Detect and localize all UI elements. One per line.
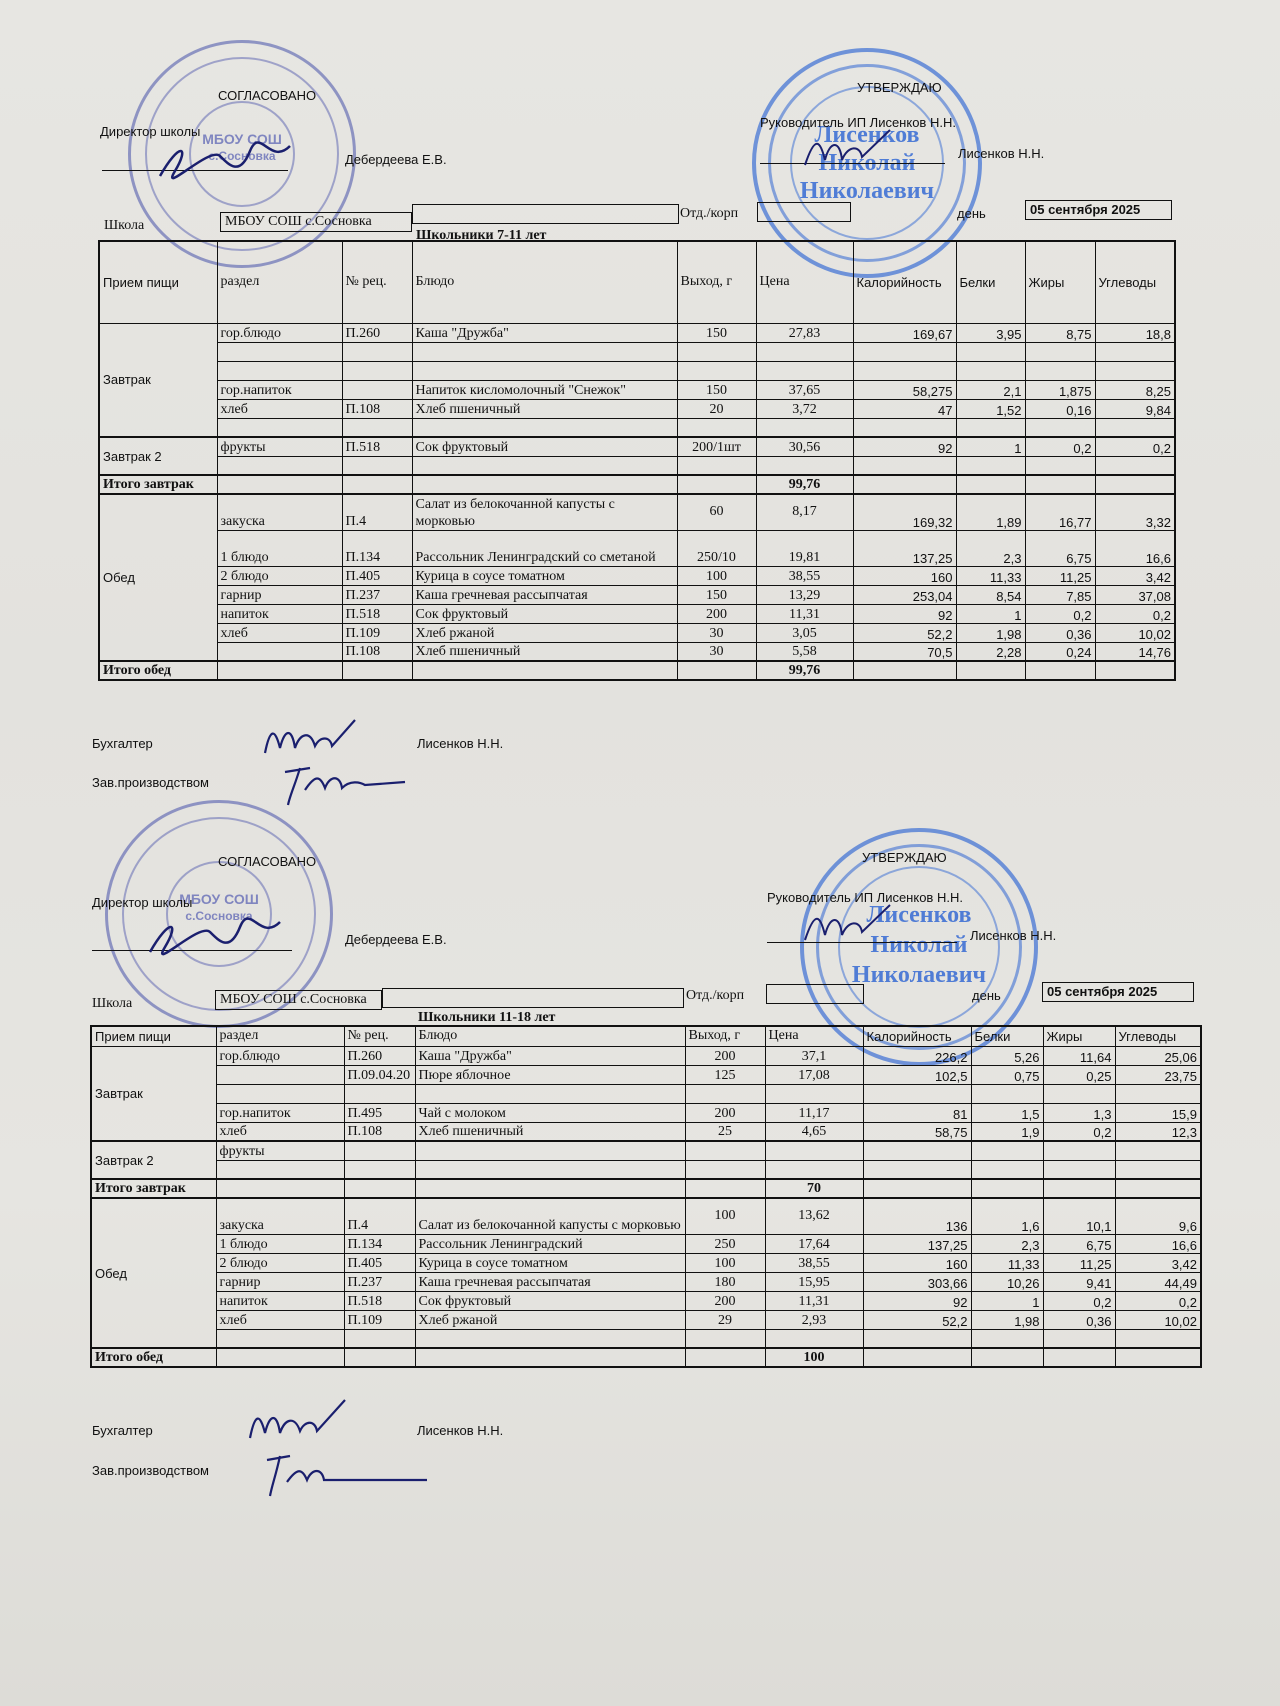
table-row: П.09.04.20Пюре яблочное12517,08102,50,75… — [91, 1065, 1201, 1084]
kcal-cell: 52,2 — [853, 623, 956, 642]
empty-cell — [685, 1179, 765, 1198]
empty-cell — [1025, 475, 1095, 494]
dish-cell: Пюре яблочное — [415, 1065, 685, 1084]
dish-cell: Напиток кисломолочный "Снежок" — [412, 380, 677, 399]
day-field: 05 сентября 2025 — [1025, 200, 1172, 220]
empty-cell — [342, 661, 412, 680]
protein-cell: 5,26 — [971, 1046, 1043, 1065]
kcal-cell — [853, 418, 956, 437]
empty-cell — [677, 661, 756, 680]
manager-name: Лисенков Н.Н. — [970, 928, 1056, 943]
empty-cell — [1095, 661, 1175, 680]
dish-cell: Хлеб пшеничный — [415, 1122, 685, 1141]
carbs-cell — [1095, 456, 1175, 475]
total-row: Итого завтрак70 — [91, 1179, 1201, 1198]
recipe-cell: П.237 — [344, 1272, 415, 1291]
protein-cell — [971, 1160, 1043, 1179]
section-cell: напиток — [216, 1291, 344, 1310]
empty-cell — [971, 1348, 1043, 1367]
yield-cell — [677, 418, 756, 437]
column-header: № рец. — [342, 241, 412, 323]
carbs-cell: 9,84 — [1095, 399, 1175, 418]
kcal-cell: 92 — [863, 1291, 971, 1310]
kcal-cell: 92 — [853, 604, 956, 623]
table-row: напитокП.518Сок фруктовый20011,319210,20… — [91, 1291, 1201, 1310]
carbs-cell: 12,3 — [1115, 1122, 1201, 1141]
recipe-cell: П.405 — [342, 566, 412, 585]
price-cell — [765, 1329, 863, 1348]
fat-cell — [1043, 1141, 1115, 1160]
table-row: гор.напитокП.495Чай с молоком20011,17811… — [91, 1103, 1201, 1122]
empty-cell — [415, 1179, 685, 1198]
yield-cell: 100 — [685, 1253, 765, 1272]
fat-cell: 0,36 — [1025, 623, 1095, 642]
total-label: Итого обед — [99, 661, 217, 680]
recipe-cell — [342, 342, 412, 361]
section-cell: фрукты — [216, 1141, 344, 1160]
recipe-cell — [342, 456, 412, 475]
protein-cell — [956, 361, 1025, 380]
protein-cell — [956, 456, 1025, 475]
section-cell: гор.блюдо — [217, 323, 342, 342]
price-cell: 5,58 — [756, 642, 853, 661]
fat-cell — [1043, 1160, 1115, 1179]
empty-cell — [415, 1348, 685, 1367]
price-cell: 38,55 — [765, 1253, 863, 1272]
yield-cell — [685, 1329, 765, 1348]
table-row — [91, 1160, 1201, 1179]
total-price: 100 — [765, 1348, 863, 1367]
yield-cell: 100 — [685, 1198, 765, 1234]
price-cell — [765, 1084, 863, 1103]
column-header: Калорийность — [863, 1026, 971, 1046]
table-row: 2 блюдоП.405Курица в соусе томатном10038… — [99, 566, 1175, 585]
meal-cell: Завтрак — [99, 323, 217, 437]
price-cell: 17,64 — [765, 1234, 863, 1253]
section-cell — [217, 456, 342, 475]
price-cell — [756, 418, 853, 437]
fat-cell — [1025, 418, 1095, 437]
carbs-cell: 44,49 — [1115, 1272, 1201, 1291]
table-row — [99, 418, 1175, 437]
carbs-cell: 0,2 — [1095, 604, 1175, 623]
kcal-cell — [863, 1141, 971, 1160]
empty-cell — [344, 1179, 415, 1198]
fat-cell: 0,24 — [1025, 642, 1095, 661]
yield-cell — [685, 1160, 765, 1179]
dish-cell: Сок фруктовый — [412, 604, 677, 623]
table-row: 1 блюдоП.134Рассольник Ленинградский2501… — [91, 1234, 1201, 1253]
yield-cell: 100 — [677, 566, 756, 585]
table-row — [91, 1084, 1201, 1103]
section-cell: гор.блюдо — [216, 1046, 344, 1065]
table-row — [99, 456, 1175, 475]
recipe-cell: П.495 — [344, 1103, 415, 1122]
manager-signature-icon — [800, 900, 910, 950]
column-header: Белки — [971, 1026, 1043, 1046]
dish-cell: Чай с молоком — [415, 1103, 685, 1122]
section-cell — [216, 1329, 344, 1348]
fat-cell: 11,25 — [1043, 1253, 1115, 1272]
empty-cell — [956, 475, 1025, 494]
table-row: ОбедзакускаП.4Салат из белокочанной капу… — [91, 1198, 1201, 1234]
school-field: МБОУ СОШ с.Сосновка — [215, 990, 382, 1010]
carbs-cell: 8,25 — [1095, 380, 1175, 399]
column-header: раздел — [217, 241, 342, 323]
table-row: 1 блюдоП.134Рассольник Ленинградский со … — [99, 530, 1175, 566]
yield-cell: 200 — [685, 1046, 765, 1065]
price-cell: 11,31 — [765, 1291, 863, 1310]
section-cell — [216, 1065, 344, 1084]
column-header: Углеводы — [1115, 1026, 1201, 1046]
price-cell: 8,17 — [756, 494, 853, 530]
empty-cell — [1025, 661, 1095, 680]
recipe-cell: П.108 — [342, 642, 412, 661]
table-row: Завтрак 2фруктыП.518Сок фруктовый200/1шт… — [99, 437, 1175, 456]
section-cell — [217, 418, 342, 437]
protein-cell: 2,1 — [956, 380, 1025, 399]
yield-cell: 20 — [677, 399, 756, 418]
kcal-cell: 253,04 — [853, 585, 956, 604]
empty-cell — [1095, 475, 1175, 494]
table-row: гарнирП.237Каша гречневая рассыпчатая180… — [91, 1272, 1201, 1291]
protein-cell: 11,33 — [971, 1253, 1043, 1272]
table-row: гор.напитокНапиток кисломолочный "Снежок… — [99, 380, 1175, 399]
yield-cell: 29 — [685, 1310, 765, 1329]
protein-cell — [971, 1141, 1043, 1160]
yield-cell: 200 — [685, 1291, 765, 1310]
column-header: раздел — [216, 1026, 344, 1046]
carbs-cell — [1115, 1084, 1201, 1103]
column-header: Прием пищи — [99, 241, 217, 323]
price-cell — [765, 1141, 863, 1160]
dish-cell: Салат из белокочанной капусты с морковью — [412, 494, 677, 530]
kcal-cell: 70,5 — [853, 642, 956, 661]
day-label: день — [957, 206, 986, 221]
protein-cell: 1,98 — [971, 1310, 1043, 1329]
protein-cell: 1 — [956, 604, 1025, 623]
section-cell — [217, 342, 342, 361]
meal-cell: Обед — [91, 1198, 216, 1348]
empty-cell — [853, 661, 956, 680]
recipe-cell: П.109 — [344, 1310, 415, 1329]
price-cell: 30,56 — [756, 437, 853, 456]
dish-cell — [412, 456, 677, 475]
price-cell: 37,1 — [765, 1046, 863, 1065]
carbs-cell — [1115, 1329, 1201, 1348]
empty-cell — [344, 1348, 415, 1367]
meal-cell: Завтрак — [91, 1046, 216, 1141]
yield-cell: 200 — [685, 1103, 765, 1122]
section-cell — [216, 1084, 344, 1103]
dish-cell: Курица в соусе томатном — [415, 1253, 685, 1272]
section-cell: закуска — [216, 1198, 344, 1234]
carbs-cell: 14,76 — [1095, 642, 1175, 661]
column-header: Цена — [756, 241, 853, 323]
dish-cell — [415, 1084, 685, 1103]
section-cell: гарнир — [217, 585, 342, 604]
fat-cell — [1043, 1329, 1115, 1348]
dish-cell — [415, 1160, 685, 1179]
fat-cell: 6,75 — [1043, 1234, 1115, 1253]
kcal-cell: 136 — [863, 1198, 971, 1234]
section-cell: фрукты — [217, 437, 342, 456]
carbs-cell — [1095, 418, 1175, 437]
price-cell: 4,65 — [765, 1122, 863, 1141]
kcal-cell — [863, 1160, 971, 1179]
table-row — [91, 1329, 1201, 1348]
table-header-row: Прием пищираздел№ рец.БлюдоВыход, гЦенаК… — [91, 1026, 1201, 1046]
carbs-cell: 0,2 — [1115, 1291, 1201, 1310]
recipe-cell: П.09.04.20 — [344, 1065, 415, 1084]
carbs-cell — [1095, 342, 1175, 361]
protein-cell — [971, 1329, 1043, 1348]
kcal-cell — [863, 1084, 971, 1103]
accountant-signature-icon — [245, 1398, 355, 1443]
fat-cell: 8,75 — [1025, 323, 1095, 342]
dish-cell — [412, 418, 677, 437]
column-header: Цена — [765, 1026, 863, 1046]
protein-cell: 1,6 — [971, 1198, 1043, 1234]
recipe-cell: П.134 — [344, 1234, 415, 1253]
fat-cell: 0,2 — [1025, 437, 1095, 456]
yield-cell: 125 — [685, 1065, 765, 1084]
dish-cell — [415, 1141, 685, 1160]
table-row: Завтракгор.блюдоП.260Каша "Дружба"15027,… — [99, 323, 1175, 342]
recipe-cell: П.518 — [342, 437, 412, 456]
recipe-cell: П.4 — [342, 494, 412, 530]
protein-cell: 2,3 — [971, 1234, 1043, 1253]
menu-table-11-18: Прием пищираздел№ рец.БлюдоВыход, гЦенаК… — [90, 1025, 1202, 1368]
recipe-cell — [344, 1084, 415, 1103]
director-name: Дебердеева Е.В. — [345, 932, 447, 947]
section-cell: гор.напиток — [217, 380, 342, 399]
carbs-cell — [1115, 1160, 1201, 1179]
recipe-cell: П.260 — [344, 1046, 415, 1065]
kcal-cell: 169,32 — [853, 494, 956, 530]
kcal-cell: 137,25 — [863, 1234, 971, 1253]
section-cell: 2 блюдо — [217, 566, 342, 585]
approved-label: СОГЛАСОВАНО — [218, 88, 316, 103]
empty-cell — [1043, 1179, 1115, 1198]
yield-cell: 60 — [677, 494, 756, 530]
meal-cell: Завтрак 2 — [91, 1141, 216, 1179]
yield-cell: 200 — [677, 604, 756, 623]
dish-cell: Хлеб пшеничный — [412, 642, 677, 661]
section-cell: закуска — [217, 494, 342, 530]
table-row: гарнирП.237Каша гречневая рассыпчатая150… — [99, 585, 1175, 604]
empty-cell — [217, 661, 342, 680]
dish-cell — [412, 361, 677, 380]
menu-table-7-11: Прием пищираздел№ рец.БлюдоВыход, гЦенаК… — [98, 240, 1176, 681]
price-cell: 3,05 — [756, 623, 853, 642]
total-row: Итого обед100 — [91, 1348, 1201, 1367]
kcal-cell — [853, 342, 956, 361]
empty-cell — [677, 475, 756, 494]
dish-cell: Хлеб ржаной — [412, 623, 677, 642]
dish-cell: Каша гречневая рассыпчатая — [415, 1272, 685, 1291]
protein-cell — [971, 1084, 1043, 1103]
empty-cell — [685, 1348, 765, 1367]
table-row — [99, 342, 1175, 361]
total-label: Итого обед — [91, 1348, 216, 1367]
yield-cell: 150 — [677, 380, 756, 399]
column-header: Блюдо — [412, 241, 677, 323]
production-signature-icon — [280, 760, 410, 810]
fat-cell: 0,16 — [1025, 399, 1095, 418]
fat-cell: 0,36 — [1043, 1310, 1115, 1329]
price-cell: 15,95 — [765, 1272, 863, 1291]
dish-cell — [415, 1329, 685, 1348]
production-signature-icon — [262, 1450, 432, 1500]
table-row: хлебП.108Хлеб пшеничный203,72471,520,169… — [99, 399, 1175, 418]
fat-cell: 0,2 — [1025, 604, 1095, 623]
production-label: Зав.производством — [92, 1463, 209, 1478]
kcal-cell — [853, 361, 956, 380]
recipe-cell: П.109 — [342, 623, 412, 642]
total-label: Итого завтрак — [91, 1179, 216, 1198]
kcal-cell: 303,66 — [863, 1272, 971, 1291]
kcal-cell: 52,2 — [863, 1310, 971, 1329]
empty-cell — [217, 475, 342, 494]
protein-cell: 3,95 — [956, 323, 1025, 342]
price-cell — [756, 456, 853, 475]
carbs-cell: 9,6 — [1115, 1198, 1201, 1234]
director-signature-icon — [150, 136, 300, 186]
empty-cell — [1043, 1348, 1115, 1367]
yield-cell: 150 — [677, 323, 756, 342]
yield-cell: 250/10 — [677, 530, 756, 566]
accountant-label: Бухгалтер — [92, 736, 153, 751]
column-header: Углеводы — [1095, 241, 1175, 323]
day-field: 05 сентября 2025 — [1042, 982, 1194, 1002]
director-signature-icon — [140, 912, 290, 962]
director-position: Директор школы — [92, 895, 192, 910]
table-row: Завтрак 2фрукты — [91, 1141, 1201, 1160]
protein-cell: 0,75 — [971, 1065, 1043, 1084]
protein-cell: 1,5 — [971, 1103, 1043, 1122]
table-row: хлебП.109Хлеб ржаной303,0552,21,980,3610… — [99, 623, 1175, 642]
empty-cell — [956, 661, 1025, 680]
kcal-cell: 169,67 — [853, 323, 956, 342]
recipe-cell — [342, 361, 412, 380]
recipe-cell — [344, 1160, 415, 1179]
recipe-cell: П.108 — [344, 1122, 415, 1141]
kcal-cell: 102,5 — [863, 1065, 971, 1084]
dish-cell: Каша гречневая рассыпчатая — [412, 585, 677, 604]
confirm-label: УТВЕРЖДАЮ — [862, 850, 947, 865]
carbs-cell: 23,75 — [1115, 1065, 1201, 1084]
kcal-cell: 81 — [863, 1103, 971, 1122]
protein-cell: 10,26 — [971, 1272, 1043, 1291]
fat-cell: 1,875 — [1025, 380, 1095, 399]
dish-cell: Сок фруктовый — [415, 1291, 685, 1310]
table-row: напитокП.518Сок фруктовый20011,319210,20… — [99, 604, 1175, 623]
school-field: МБОУ СОШ с.Сосновка — [220, 212, 412, 232]
yield-cell — [685, 1084, 765, 1103]
accountant-name: Лисенков Н.Н. — [417, 1423, 503, 1438]
dept-label: Отд./корп — [680, 206, 738, 222]
empty-cell — [1115, 1348, 1201, 1367]
accountant-name: Лисенков Н.Н. — [417, 736, 503, 751]
manager-signature-icon — [800, 125, 910, 175]
yield-cell: 200/1шт — [677, 437, 756, 456]
fat-cell: 0,25 — [1043, 1065, 1115, 1084]
section-cell: 1 блюдо — [216, 1234, 344, 1253]
kcal-cell: 58,275 — [853, 380, 956, 399]
yield-cell: 180 — [685, 1272, 765, 1291]
recipe-cell: П.405 — [344, 1253, 415, 1272]
manager-name: Лисенков Н.Н. — [958, 146, 1044, 161]
empty-cell — [1115, 1179, 1201, 1198]
total-label: Итого завтрак — [99, 475, 217, 494]
approved-label: СОГЛАСОВАНО — [218, 854, 316, 869]
kcal-cell: 137,25 — [853, 530, 956, 566]
protein-cell: 1 — [956, 437, 1025, 456]
price-cell: 17,08 — [765, 1065, 863, 1084]
kcal-cell: 58,75 — [863, 1122, 971, 1141]
recipe-cell — [344, 1141, 415, 1160]
fat-cell: 10,1 — [1043, 1198, 1115, 1234]
column-header: Белки — [956, 241, 1025, 323]
carbs-cell: 25,06 — [1115, 1046, 1201, 1065]
price-cell: 27,83 — [756, 323, 853, 342]
carbs-cell: 3,32 — [1095, 494, 1175, 530]
dish-cell: Салат из белокочанной капусты с морковью — [415, 1198, 685, 1234]
empty-cell — [342, 475, 412, 494]
recipe-cell — [342, 418, 412, 437]
empty-cell — [216, 1179, 344, 1198]
section-cell: хлеб — [217, 623, 342, 642]
section-cell — [217, 361, 342, 380]
table-header-row: Прием пищираздел№ рец.БлюдоВыход, гЦенаК… — [99, 241, 1175, 323]
dish-cell: Курица в соусе томатном — [412, 566, 677, 585]
protein-cell: 8,54 — [956, 585, 1025, 604]
carbs-cell: 3,42 — [1095, 566, 1175, 585]
protein-cell: 1,89 — [956, 494, 1025, 530]
total-price: 99,76 — [756, 475, 853, 494]
carbs-cell — [1095, 361, 1175, 380]
fat-cell: 11,64 — [1043, 1046, 1115, 1065]
school-label: Школа — [92, 996, 132, 1012]
production-label: Зав.производством — [92, 775, 209, 790]
fat-cell: 0,2 — [1043, 1291, 1115, 1310]
empty-cell — [863, 1348, 971, 1367]
fat-cell: 6,75 — [1025, 530, 1095, 566]
section-cell: гор.напиток — [216, 1103, 344, 1122]
carbs-cell: 10,02 — [1095, 623, 1175, 642]
carbs-cell: 16,6 — [1115, 1234, 1201, 1253]
price-cell: 13,29 — [756, 585, 853, 604]
section-cell: 1 блюдо — [217, 530, 342, 566]
section-cell: хлеб — [216, 1122, 344, 1141]
yield-cell: 250 — [685, 1234, 765, 1253]
table-row: ОбедзакускаП.4Салат из белокочанной капу… — [99, 494, 1175, 530]
total-price: 70 — [765, 1179, 863, 1198]
school-label: Школа — [104, 218, 144, 234]
empty-cell — [216, 1348, 344, 1367]
section-cell: гарнир — [216, 1272, 344, 1291]
total-row: Итого завтрак99,76 — [99, 475, 1175, 494]
section-cell: хлеб — [216, 1310, 344, 1329]
column-header: Выход, г — [677, 241, 756, 323]
table-row: П.108Хлеб пшеничный305,5870,52,280,2414,… — [99, 642, 1175, 661]
dish-cell: Рассольник Ленинградский со сметаной — [412, 530, 677, 566]
table-row: 2 блюдоП.405Курица в соусе томатном10038… — [91, 1253, 1201, 1272]
dish-cell: Каша "Дружба" — [415, 1046, 685, 1065]
dish-cell: Каша "Дружба" — [412, 323, 677, 342]
carbs-cell: 15,9 — [1115, 1103, 1201, 1122]
